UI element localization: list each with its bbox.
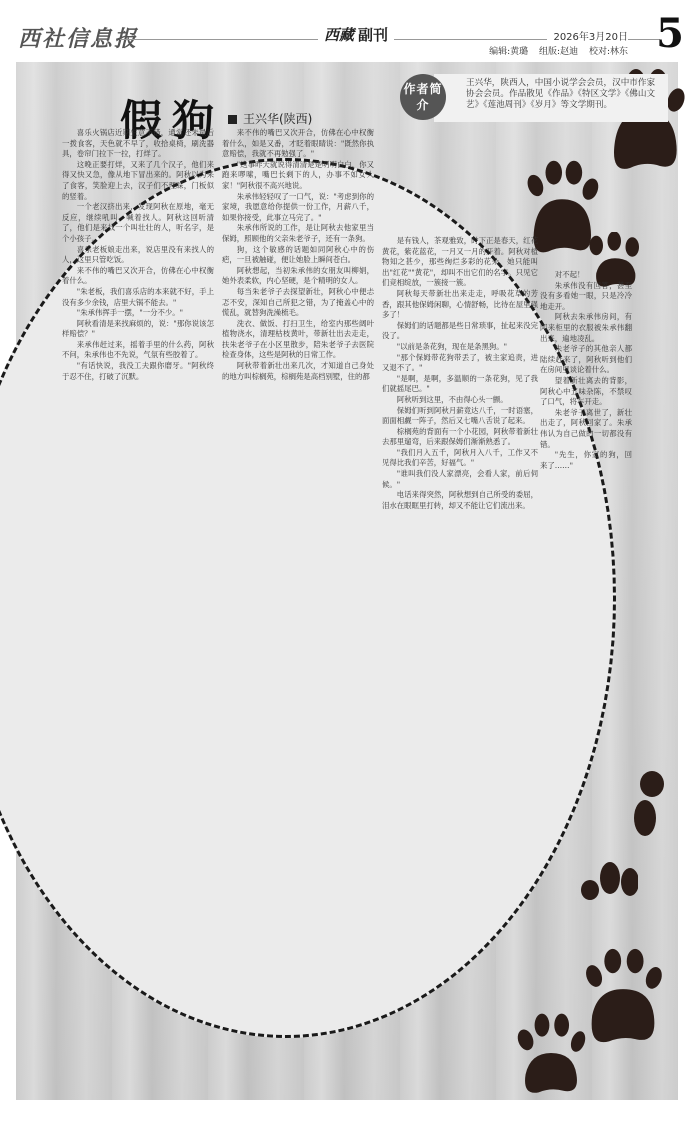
paragraph: 喜乐老板娘走出来，说店里没有来找人的人，这里只管吃饭。 [62,245,214,266]
paragraph: 阿秋去朱承伟房间，有阿来柜里的衣服被朱承伟翻出来，遍地凌乱。 [540,312,632,344]
paragraph: 朱承伟所说的工作，是让阿秋去他家里当保姆，照顾他的父亲朱老爷子，还有一条狗。 [222,223,374,244]
author-intro-badge: 作者简介 [400,74,446,120]
paw-print-icon [578,860,638,900]
page-number: 5 [656,14,684,54]
author-intro: 王兴华，陕西人，中国小说学会会员，汉中市作家协会会员。作品散见《作品》《特区文学… [434,74,668,122]
paragraph: 一个老汉挤出来，发现阿秋在原地，毫无反应，继续吼叫，喊着找人。阿秋这回听清了，他… [62,202,214,244]
paragraph: 朱老爷子离世了，新壮出走了，阿秋回家了。朱承伟认为自己做的一切都没有错。 [540,408,632,450]
paragraph: 望着新壮离去的背影，阿秋心中五味杂陈，不禁叹了口气，将车开走。 [540,376,632,408]
paragraph: 棕榈苑的背面有一个小花园，阿秋带着新壮去那里遛弯，后来跟保姆们渐渐熟悉了。 [382,427,538,448]
paragraph: "以前是条花狗，现在是条黑狗。" [382,342,538,353]
paragraph: 朱老爷子的其他亲人都陆续赶来了，阿秋听到他们在房间里谈论着什么。 [540,344,632,376]
paragraph: "是啊，是啊，多温顺的一条花狗，见了我们就摇尾巴。" [382,374,538,395]
article-column-3: 是有钱人，茶观雅致，时下正是春天，红花黄花，紫花蓝花，一月又一月的开着。阿秋对植… [382,236,538,1036]
brand-name: 西藏 [324,26,354,44]
editorial-credits: 编辑:黄璐 组版:赵迪 校对:林东 [481,44,628,57]
editor-credit: 编辑:黄璐 [489,47,528,57]
paragraph: 喜乐火锅店近期生意不错，通常还未最后一拨食客，天色就不早了，收拾桌椅，刷洗器具，… [62,128,214,160]
article-column-2: 来不伟的嘴巴又次开合，仿佛在心中权衡着什么，如是又番，才眨着眼睛说："既然你执意… [222,128,374,928]
paragraph: "先生，你家的狗，回来了……" [540,450,632,471]
paragraph: 阿秋看清是来找麻烦的，说："那你说该怎样赔偿？" [62,319,214,340]
paragraph: 保姆们的话题都是些日常琐事，扯起来没完没了。 [382,321,538,342]
paragraph: 阿秋带着新壮出来几次，才知道自己身处的地方叫棕榈苑，棕榈苑是高档别墅，住的都 [222,361,374,382]
article-column-4: 对不起！ 朱承伟没有回答，甚至没有多看她一眼，只是冷冷地走开。 阿秋去朱承伟房间… [540,270,632,830]
proofreader-credit: 校对:林东 [589,47,628,57]
paragraph: 阿秋想起，当初朱承伟的女朋友叫柳娟，她外表柔软，内心坚硬，是个精明的女人。 [222,266,374,287]
square-bullet-icon [228,115,237,124]
paragraph: "谁叫我们没人家漂亮，会看人家，前后伺候。" [382,469,538,490]
paragraph: 这晚正要打烊，又来了几个汉子，他们来得又快又急，像从地下冒出来的。阿秋以为来了食… [62,160,214,202]
author-name: 王兴华(陕西) [243,112,312,126]
paragraph: "那个保姆带花狗带丢了，被主家追责，进又退不了。" [382,353,538,374]
issue-date: 2026年3月20日 [547,28,628,43]
paragraph: "我们月入五千，阿秋月入八千，工作又不见得比我们辛苦，好福气。" [382,448,538,469]
paragraph: 阿秋每天带新壮出来走走，呼吸花草的芳香，跟其他保姆闲聊，心情舒畅，比待在屋里强多… [382,289,538,321]
paragraph: 朱承伟轻轻叹了一口气，说："考虑到你的家境，我愿意给你提供一份工作，月薪八千，如… [222,192,374,224]
article-column-1: 喜乐火锅店近期生意不错，通常还未最后一拨食客，天色就不早了，收拾桌椅，刷洗器具，… [62,128,214,928]
section-name: 副刊 [358,26,388,44]
paragraph: 对不起！ [540,270,632,281]
paragraph: 狗，这个敏感的话题如同阿秋心中的伤疤，一旦被触碰，便让她脸上瞬间苍白。 [222,245,374,266]
paragraph: 朱承伟没有回答，甚至没有多看她一眼，只是冷冷地走开。 [540,281,632,313]
paragraph: 来承伟赶过来，摇着手里的什么药，阿秋不问，朱承伟也不先说，气氛有些胶着了。 [62,340,214,361]
paragraph: "朱承伟挥手一摆，"一分不少。" [62,308,214,319]
paragraph: 洗衣、做饭、打扫卫生，给室内那些阔叶植物浇水，清理枯枝黄叶，带新壮出去走走，扶朱… [222,319,374,361]
paragraph: "这事昨天就说得清清楚楚明明白白，你又跑来啰嗦，嘴巴长剩下的人，办事不如女人家！… [222,160,374,192]
article-byline: 王兴华(陕西) [228,110,312,127]
paragraph: 电话来得突然，阿秋想到自己所受的委屈，泪水在眼眶里打转，却又不能让它们流出来。 [382,490,538,511]
section-title: 西藏副刊 [318,24,394,45]
layout-credit: 组版:赵迪 [539,47,578,57]
paw-print-icon [630,770,670,840]
paragraph: 阿秋听到这里，不由得心头一颤。 [382,395,538,406]
paragraph: "朱老板，我们喜乐店的本来就不好，手上没有多少余钱，店里大锅不能去。" [62,287,214,308]
paw-print-icon [580,948,666,1060]
paragraph: 每当朱老爷子去探望新壮，阿秋心中便忐忑不安，深知自己所犯之错，为了掩盖心中的慌乱… [222,287,374,319]
masthead: 西社信息报 西藏副刊 2026年3月20日 编辑:黄璐 组版:赵迪 校对:林东 … [0,0,700,56]
paragraph: "有话快说，我没工夫跟你磨牙。"阿秋终于忍不住，打破了沉默。 [62,361,214,382]
paragraph: 来不伟的嘴巴又次开合，仿佛在心中权衡着什么。 [62,266,214,287]
paragraph: 保姆们听到阿秋月薪竟达八千，一时语塞，面面相觑一阵子，然后又七嘴八舌说了起来。 [382,406,538,427]
newspaper-logo: 西社信息报 [18,22,138,53]
paragraph: 是有钱人，茶观雅致，时下正是春天，红花黄花，紫花蓝花，一月又一月的开着。阿秋对植… [382,236,538,289]
paragraph: 来不伟的嘴巴又次开合，仿佛在心中权衡着什么，如是又番，才眨着眼睛说："既然你执意… [222,128,374,160]
